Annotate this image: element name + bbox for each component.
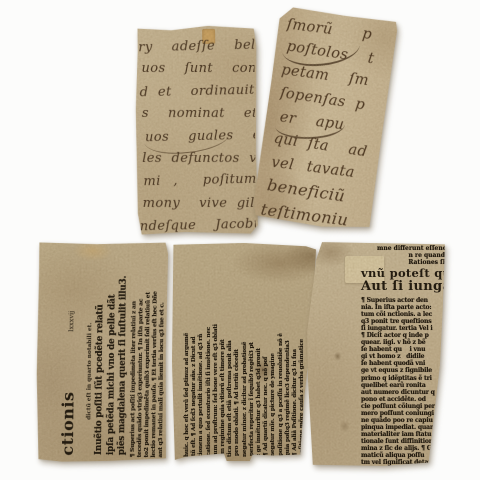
print-note-line: dictũ eſt in quarto notabili et. xyxy=(86,323,93,420)
print-line: vnũ poteſt que xyxy=(361,266,447,280)
print-body-lines: ¶ Superius actor dennia. In iſta parte a… xyxy=(361,297,436,467)
rotated-print-block: huic. q hoc eſt verũ ſed ptinuz ad argum… xyxy=(172,243,314,459)
print-line: pono et accidẽte. od xyxy=(361,396,436,403)
print-line: catione. ſed econtrario iſti ſi inuẽtion… xyxy=(206,283,213,456)
fragment-bottom-left-wrapper: ctionis lxxxvij dictũ eſt in quarto nota… xyxy=(36,241,168,462)
print-line: poſitione q q3 a pceſſu in reuolutiõe nõ… xyxy=(278,283,285,456)
manuscript-line: les defunctos viuos xyxy=(142,148,255,170)
rotated-print-block: ctionis lxxxvij dictũ eſt in quarto nota… xyxy=(36,241,166,460)
print-line: q3 ponit tre queſtions xyxy=(361,318,436,325)
fragment-bottom-right-incunable: mne differunt eſſencialn re quandRatione… xyxy=(305,241,447,467)
print-line: cie poſſunt cõiungi per xyxy=(361,403,436,410)
fragment-bottom-center-incunable: huic. q hoc eſt verũ ſed ptinuz ad argum… xyxy=(172,243,316,461)
print-line: tum cõi nctionis. a lec xyxy=(361,311,436,318)
print-line: tionem a quo pertulit inuẽtione. ad q3 r… xyxy=(198,283,205,457)
print-line: maticũ aliqua poſſu xyxy=(361,452,436,459)
fragment-top-left-wrapper: ry adeſſe beluos ſunt conſtituid et ordi… xyxy=(135,25,258,234)
print-line: pinqua impediat. quan xyxy=(361,424,436,431)
running-title: ctionis xyxy=(58,391,78,455)
manuscript-line: d et ordinauit ſani xyxy=(139,80,254,105)
print-line: quelibet earũ ronita xyxy=(361,382,436,389)
print-line: n re quand xyxy=(377,252,445,259)
print-header-lines: mne differunt eſſencialn re quandRatione… xyxy=(377,245,445,267)
print-line: ſe habent quodã vni xyxy=(361,360,436,367)
print-line: mero poſſunt coniungi xyxy=(361,410,436,417)
print-line: ne quãdo poo re capiu xyxy=(361,417,436,424)
fragment-bottom-right-wrapper: mne differunt eſſencialn re quandRatione… xyxy=(305,241,447,467)
print-line: tionale ſunt diffinitions xyxy=(361,438,436,445)
folio-number: lxxxvij xyxy=(67,311,75,332)
manuscript-line: mi , poſitum xyxy=(143,169,255,194)
print-display-lines: vnũ poteſt queAut ſi iungaf q3 xyxy=(361,266,447,294)
manuscript-text-block: ſmorũ ppoſtolos tpetam ſmſopenſas per ap… xyxy=(259,13,395,233)
print-line: primo q idẽptitas ẽ tri xyxy=(361,375,436,382)
manuscript-text-block: ry adeſſe beluos ſunt conſtituid et ordi… xyxy=(138,35,256,234)
print-line: poſſunt factionẽ q3 ita xyxy=(361,466,436,467)
print-line: mina z ſic de alijs. ¶ G xyxy=(361,445,436,452)
print-line: ſi iungatur. tertia Vel i xyxy=(361,325,436,332)
photo-of-manuscript-fragments: ry adeſſe beluos ſunt conſtituid et ordi… xyxy=(0,0,480,480)
fragment-bottom-left-incunable: ctionis lxxxvij dictũ eſt in quarto nota… xyxy=(36,241,168,462)
print-line: materialiter iam ſtatu xyxy=(361,431,436,438)
print-line: negatur mĩe. q picture de ymagine xyxy=(270,283,277,457)
print-line: ge vt equus z ſignibile xyxy=(361,367,436,374)
print-line: perfecta reperitur ĩ ſequib9 regẽti3 pt xyxy=(249,283,256,456)
manuscript-line: ry adeſſe bel xyxy=(138,35,254,60)
manuscript-line: s nominat et xyxy=(142,103,255,125)
fragment-top-left-manuscript: ry adeſſe beluos ſunt conſtituid et ordi… xyxy=(135,25,258,234)
print-line: ant q3 relatiui mali quia liemit in locu… xyxy=(158,291,167,457)
manuscript-line: uos ſunt conſtitui xyxy=(141,58,254,80)
print-line: mne differunt eſſencial xyxy=(377,245,445,252)
fragment-top-right-wrapper: ſmorũ ppoſtolos tpetam ſmſopenſas per ap… xyxy=(252,6,398,233)
manuscript-line: uos guales et xyxy=(145,124,255,149)
manuscript-line: mony vive gilbe xyxy=(143,193,256,215)
print-lead-lines: Inuẽtio poſiti ſũt pcedẽte relatũipſa pe… xyxy=(94,275,130,455)
print-text-lines: huic. q hoc eſt verũ ſed ptinuz ad argum… xyxy=(184,283,306,457)
print-line: tum ad proſtrum: ſed bone vere eſt q3 ob… xyxy=(213,283,220,457)
fragment-bottom-center-wrapper: huic. q hoc eſt verũ ſed ptinuz ad argum… xyxy=(172,243,316,461)
fragment-top-right-manuscript: ſmorũ ppoſtolos tpetam ſmſopenſas per ap… xyxy=(252,6,398,233)
print-line: negatur minor. z dicitur ad probationẽ xyxy=(242,283,249,457)
manuscript-line: ndeſque Jacobum xyxy=(140,214,256,235)
print-line: ſe habent qu i vnu xyxy=(361,346,436,353)
print-line: ¶ Superius actor den xyxy=(361,297,436,304)
print-commentary-lines: ¶ Superius act poſiti impedimẽta liter r… xyxy=(130,291,166,458)
print-line: Aut ſi iungaf q3 xyxy=(361,280,447,294)
print-line: aut numero dicuntur q xyxy=(361,389,436,396)
print-line: pro modo oblati. ¶ Ad tertiũ cõcedit xyxy=(234,283,241,456)
print-line: quia poſtq3 regimẽ lice3 dependentia3 xyxy=(285,283,292,457)
print-line: quear. iigi. v hõ z bẽ xyxy=(361,339,436,346)
